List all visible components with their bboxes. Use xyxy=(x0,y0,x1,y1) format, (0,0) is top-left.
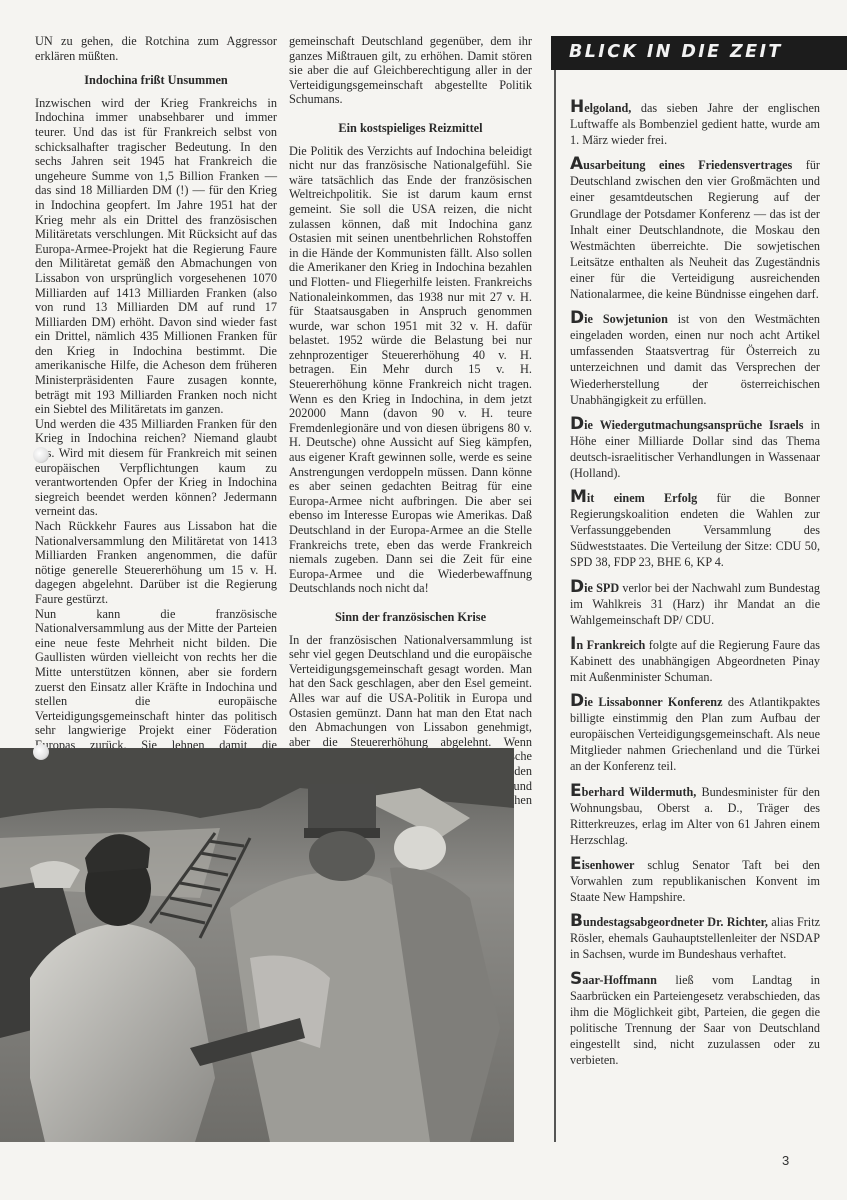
punch-hole xyxy=(33,744,49,760)
news-item: Bundestagsabgeordneter Dr. Richter, alia… xyxy=(570,914,820,962)
left-intro: UN zu gehen, die Rotchina zum Aggressor … xyxy=(35,34,277,63)
drop-initial: H xyxy=(570,97,584,117)
middle-intro: gemeinschaft Deutschland gegenüber, dem … xyxy=(289,34,532,107)
magazine-page: UN zu gehen, die Rotchina zum Aggressor … xyxy=(0,0,847,1200)
news-item: In Frankreich folgte auf die Regierung F… xyxy=(570,637,820,685)
news-lead: ie Wiedergutmachungsansprüche Israels xyxy=(584,418,803,432)
news-lead: n Frankreich xyxy=(576,638,645,652)
photo-illustration xyxy=(0,748,514,1142)
sidebar-divider xyxy=(554,70,556,1142)
news-lead: berhard Wildermuth, xyxy=(582,785,697,799)
drop-initial: E xyxy=(570,854,582,874)
paragraph: Nach Rückkehr Faures aus Lissabon hat di… xyxy=(35,519,277,607)
news-lead: ie SPD xyxy=(584,581,619,595)
drop-initial: B xyxy=(570,911,583,931)
left-column: UN zu gehen, die Rotchina zum Aggressor … xyxy=(35,34,277,855)
news-item: Eisenhower schlug Senator Taft bei den V… xyxy=(570,857,820,905)
section-heading-reizmittel: Ein kostspieliges Reizmittel xyxy=(289,121,532,136)
drop-initial: D xyxy=(570,308,584,328)
sidebar-title: BLICK IN DIE ZEIT xyxy=(569,42,783,62)
news-item: Eberhard Wildermuth, Bundesminister für … xyxy=(570,784,820,848)
news-item: Mit einem Erfolg für die Bonner Regierun… xyxy=(570,490,820,570)
drop-initial: S xyxy=(570,969,582,989)
drop-initial: M xyxy=(570,487,587,507)
page-number: 3 xyxy=(782,1153,789,1168)
middle-column: gemeinschaft Deutschland gegenüber, dem … xyxy=(289,34,532,822)
drop-initial: D xyxy=(570,577,584,597)
drop-initial: D xyxy=(570,414,584,434)
drop-initial: D xyxy=(570,691,584,711)
news-item: Die SPD verlor bei der Nachwahl zum Bund… xyxy=(570,580,820,628)
news-item: Die Wiedergutmachungsansprüche Israels i… xyxy=(570,417,820,481)
punch-hole xyxy=(33,447,49,463)
sidebar-header: BLICK IN DIE ZEIT xyxy=(551,36,847,70)
section-heading-indochina: Indochina frißt Unsummen xyxy=(35,73,277,88)
news-lead: isenhower xyxy=(582,858,635,872)
section-heading-krise: Sinn der französischen Krise xyxy=(289,610,532,625)
news-item: Die Lissabonner Konferenz des Atlantikpa… xyxy=(570,694,820,774)
news-lead: it einem Erfolg xyxy=(587,491,697,505)
news-text: für Deutschland zwischen den vier Großmä… xyxy=(570,158,820,301)
news-photo xyxy=(0,748,514,1142)
paragraph: Die Politik des Verzichts auf Indochina … xyxy=(289,144,532,596)
news-lead: usarbeitung eines Friedensvertrages xyxy=(583,158,792,172)
news-item: Helgoland, das sieben Jahre der englisch… xyxy=(570,100,820,148)
news-lead: undestagsabgeordneter Dr. Richter, xyxy=(583,915,768,929)
news-text: ist von den Westmächten eingeladen worde… xyxy=(570,312,820,406)
paragraph: Inzwischen wird der Krieg Frankreichs in… xyxy=(35,96,277,417)
news-lead: elgoland, xyxy=(584,101,631,115)
news-lead: aar-Hoffmann xyxy=(582,973,657,987)
news-item: Die Sowjetunion ist von den Westmächten … xyxy=(570,311,820,408)
drop-initial: E xyxy=(570,781,582,801)
news-lead: ie Sowjetunion xyxy=(584,312,668,326)
news-item: Saar-Hoffmann ließ vom Landtag in Saarbr… xyxy=(570,972,820,1069)
paragraph: Und werden die 435 Milliarden Franken fü… xyxy=(35,417,277,519)
news-lead: ie Lissabonner Konferenz xyxy=(584,695,722,709)
drop-initial: A xyxy=(570,154,583,174)
news-sidebar: Helgoland, das sieben Jahre der englisch… xyxy=(570,100,820,1077)
news-item: Ausarbeitung eines Friedensvertrages für… xyxy=(570,157,820,302)
